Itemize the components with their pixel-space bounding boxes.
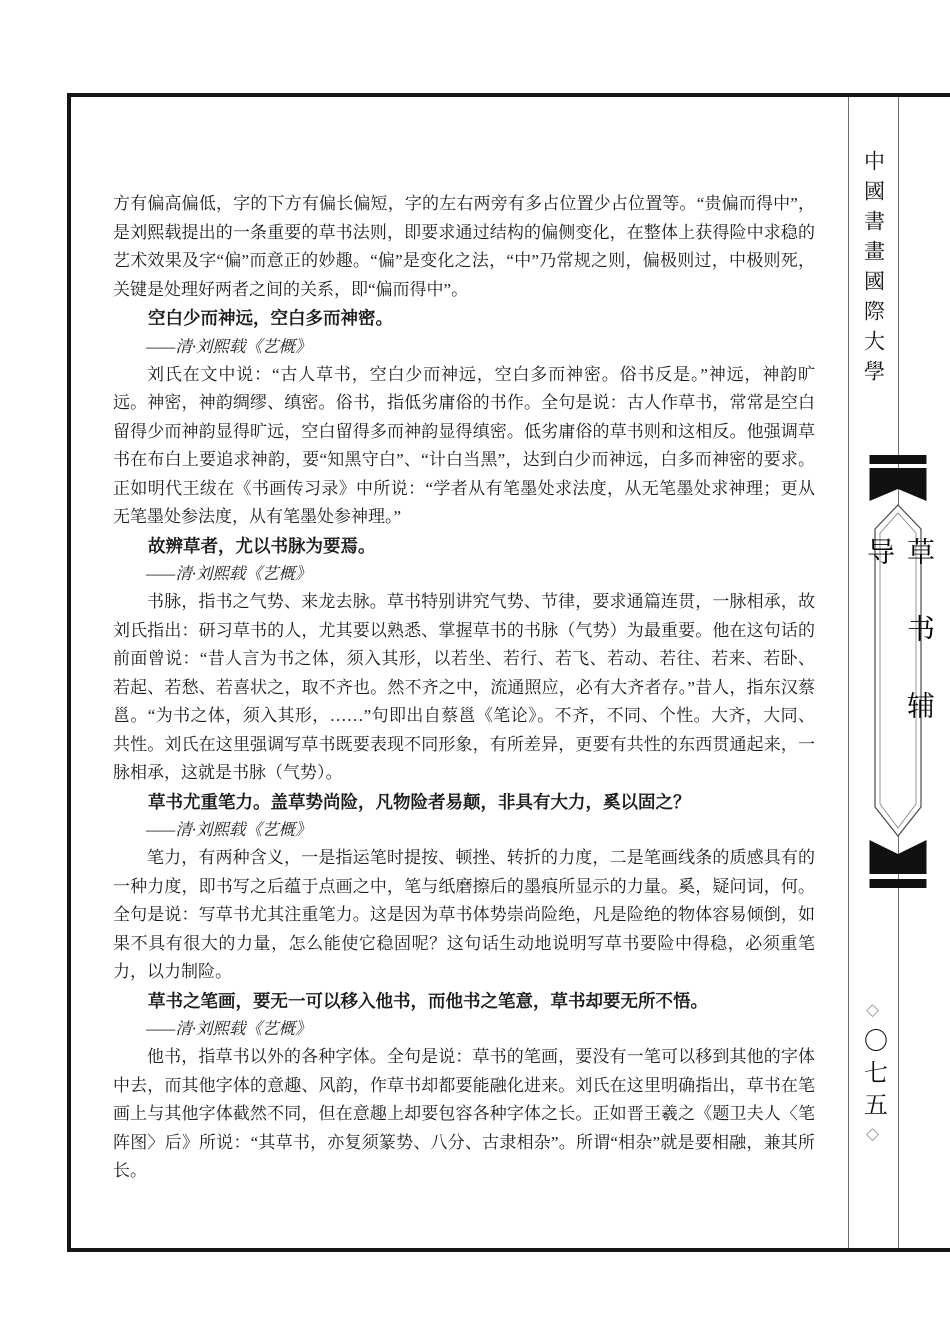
diamond-ornament-top: ◇: [864, 1000, 883, 1028]
section-body: 书脉，指书之气势、来龙去脉。草书特别讲究气势、节律，要求通篇连贯，一脉相承，故刘…: [113, 588, 815, 788]
section-body: 他书，指草书以外的各种字体。全句是说：草书的笔画，要没有一笔可以移到其他的字体中…: [113, 1043, 815, 1186]
section-attribution: ——清·刘熙载《艺概》: [113, 333, 815, 361]
sidebar-university-name: 中國書畫國際大學: [849, 150, 898, 420]
section-attribution: ——清·刘熙载《艺概》: [113, 1015, 815, 1043]
continuation-paragraph: 方有偏高偏低，字的下方有偏长偏短，字的左右两旁有多占位置少占位置等。“贵偏而得中…: [113, 190, 815, 304]
article-column: 方有偏高偏低，字的下方有偏长偏短，字的左右两旁有多占位置少占位置等。“贵偏而得中…: [113, 190, 815, 1186]
section-attribution: ——清·刘熙载《艺概》: [113, 816, 815, 844]
chapter-title-text: 草书辅导: [858, 537, 938, 837]
chapter-bookmark-banner: 草书辅导: [868, 455, 928, 889]
ribbon-bottom-bar: [870, 879, 927, 888]
folio-block: ◇〇七五◇: [848, 1000, 898, 1180]
section-heading: 故辨草者，尤以书脉为要焉。: [113, 532, 815, 561]
folio-text: ◇〇七五◇: [856, 1000, 891, 1180]
section-body: 笔力，有两种含义，一是指运笔时提按、顿挫、转折的力度，二是笔画线条的质感具有的一…: [113, 844, 815, 987]
section-heading: 空白少而神远，空白多而神密。: [113, 304, 815, 333]
page-number: 〇七五: [860, 1028, 886, 1124]
chapter-title-vertical: 草书辅导: [868, 537, 928, 837]
section-body: 刘氏在文中说：“古人草书，空白少而神远，空白多而神密。俗书反是。”神远，神韵旷远…: [113, 361, 815, 532]
diamond-ornament-bottom: ◇: [864, 1124, 883, 1152]
section-heading: 草书尤重笔力。盖草势尚险，凡物险者易颠，非具有大力，奚以固之？: [113, 788, 815, 817]
university-name-text: 中國書畫國際大學: [859, 150, 889, 420]
section-heading: 草书之笔画，要无一可以移入他书，而他书之笔意，草书却要无所不悟。: [113, 987, 815, 1016]
section-attribution: ——清·刘熙载《艺概》: [113, 560, 815, 588]
ribbon-top-bar: [870, 455, 927, 464]
ribbon-bottom-swallowtail: [870, 840, 927, 874]
ribbon-top-swallowtail: [870, 468, 927, 501]
